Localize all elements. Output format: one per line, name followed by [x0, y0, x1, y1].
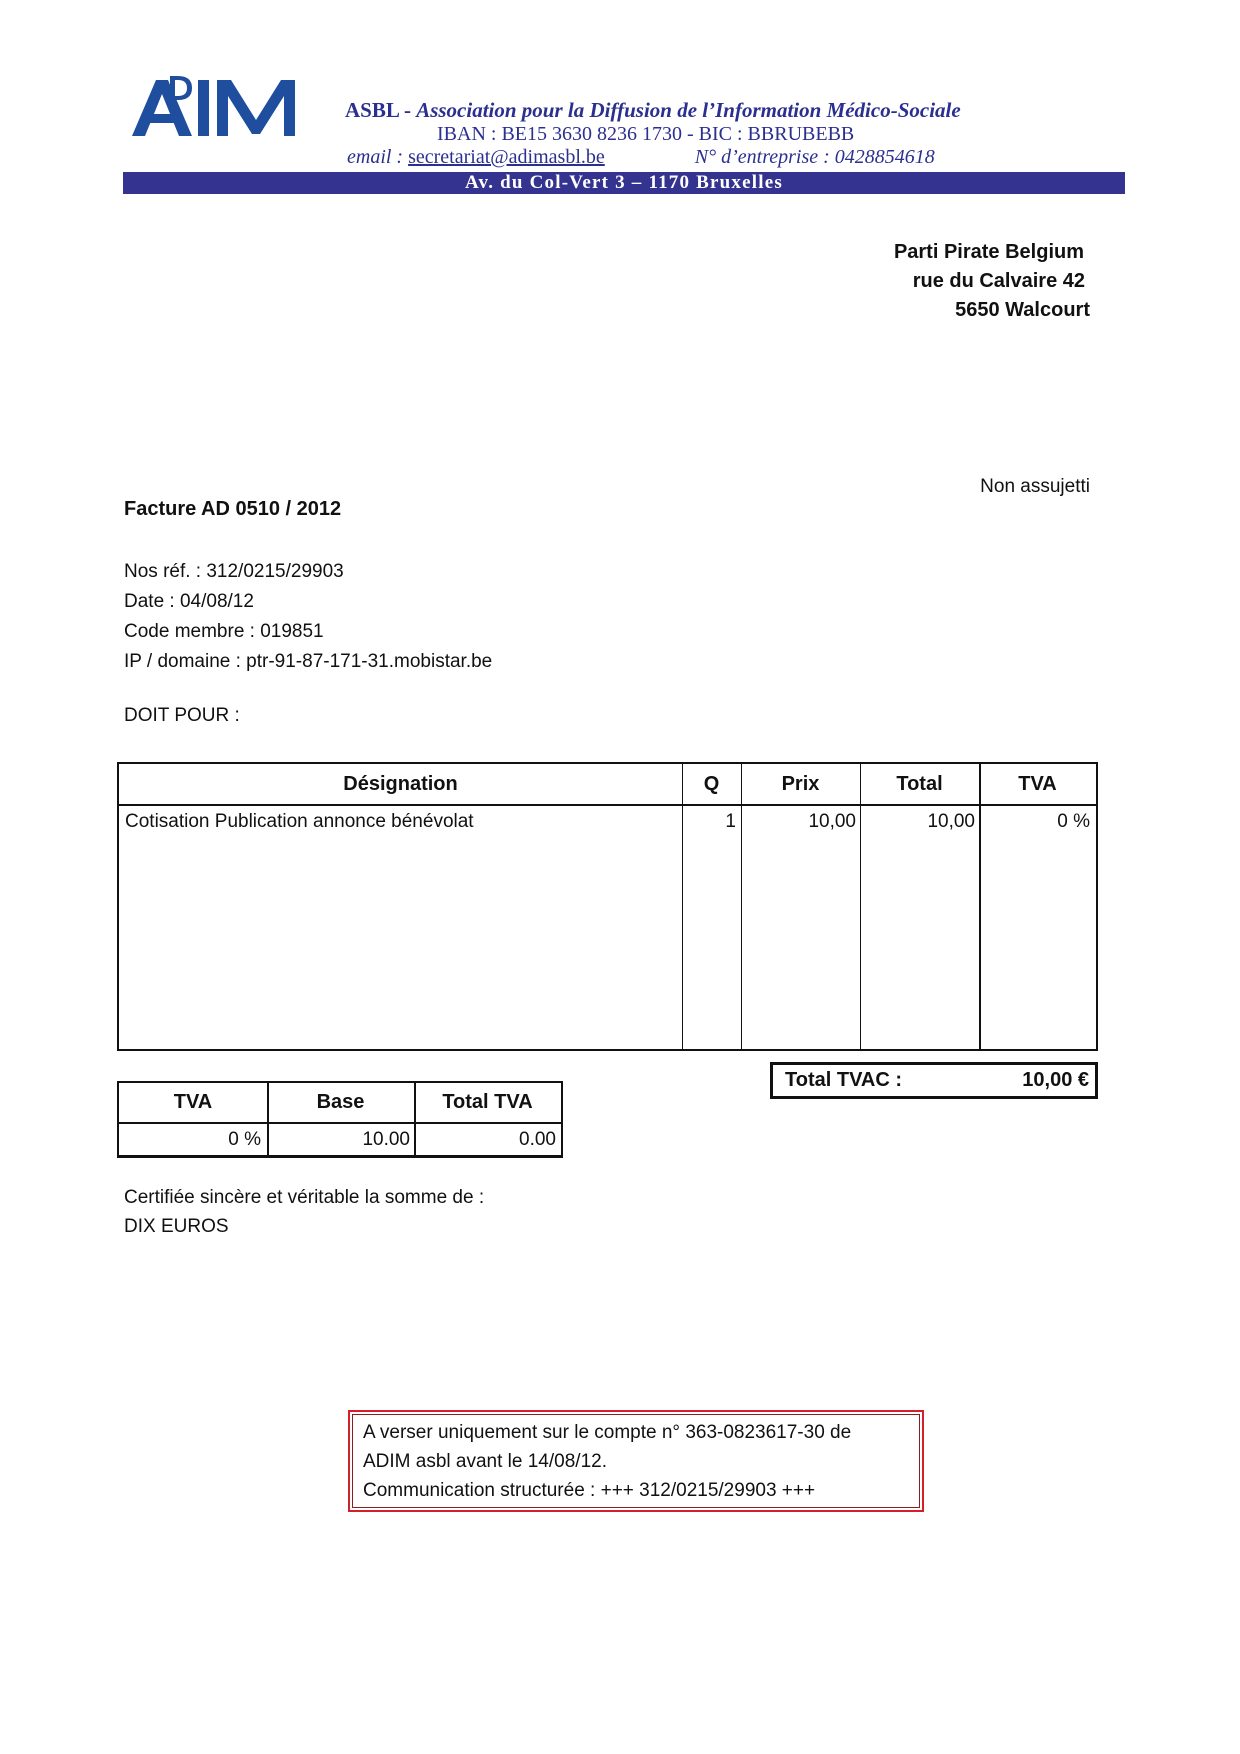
items-table: Désignation Q Prix Total TVA Cotisation … — [117, 762, 1098, 1051]
recipient-street: rue du Calvaire 42 — [894, 267, 1085, 296]
vat-rate-value: 0 % — [119, 1124, 261, 1156]
bank-details: IBAN : BE15 3630 8236 1730 - BIC : BBRUB… — [437, 123, 854, 146]
association-address: Av. du Col-Vert 3 – 1170 Bruxelles — [123, 172, 1125, 194]
adim-logo-icon — [132, 74, 322, 138]
item-quantity: 1 — [682, 806, 736, 838]
doit-pour-label: DOIT POUR : — [124, 705, 240, 727]
association-name: Association pour la Diffusion de l’Infor… — [416, 98, 961, 122]
header-vat-rate: TVA — [119, 1083, 267, 1122]
association-name-line: ASBL - Association pour la Diffusion de … — [345, 98, 961, 123]
recipient-city: 5650 Walcourt — [894, 296, 1090, 325]
item-total: 10,00 — [860, 806, 975, 838]
recipient-address: Parti Pirate Belgium rue du Calvaire 42 … — [894, 238, 1090, 325]
invoice-title: Facture AD 0510 / 2012 — [124, 498, 341, 521]
adim-logo — [132, 74, 322, 138]
certification: Certifiée sincère et véritable la somme … — [124, 1183, 484, 1241]
email-link[interactable]: secretariat@adimasbl.be — [408, 146, 605, 168]
payment-account-line: A verser uniquement sur le compte n° 363… — [363, 1418, 909, 1447]
vat-status: Non assujetti — [980, 476, 1090, 498]
contact-line: email : secretariat@adimasbl.beN° d’entr… — [347, 146, 935, 169]
header-price: Prix — [741, 764, 860, 804]
invoice-date: Date : 04/08/12 — [124, 587, 492, 617]
total-vat-value: 0.00 — [414, 1124, 556, 1156]
invoice-references: Nos réf. : 312/0215/29903 Date : 04/08/1… — [124, 557, 492, 677]
member-code: Code membre : 019851 — [124, 617, 492, 647]
asbl-label: ASBL - — [345, 98, 416, 122]
header-base: Base — [267, 1083, 414, 1122]
structured-communication: Communication structurée : +++ 312/0215/… — [363, 1476, 909, 1505]
email-label: email : — [347, 146, 408, 168]
reference-number: Nos réf. : 312/0215/29903 — [124, 557, 492, 587]
header-vat: TVA — [979, 764, 1096, 804]
total-tvac-box: Total TVAC : 10,00 € — [770, 1062, 1098, 1099]
header-total: Total — [860, 764, 979, 804]
payment-instructions-box: A verser uniquement sur le compte n° 363… — [348, 1410, 924, 1512]
total-tvac-label: Total TVAC : — [785, 1065, 902, 1096]
company-number: N° d’entreprise : 0428854618 — [695, 146, 935, 168]
payment-deadline-line: ADIM asbl avant le 14/08/12. — [363, 1447, 909, 1476]
vat-summary-table: TVA Base Total TVA 0 % 10.00 0.00 — [117, 1081, 563, 1158]
certification-text: Certifiée sincère et véritable la somme … — [124, 1183, 484, 1212]
total-tvac-value: 10,00 € — [1022, 1065, 1089, 1096]
item-designation: Cotisation Publication annonce bénévolat — [125, 806, 675, 838]
recipient-name: Parti Pirate Belgium — [894, 238, 1084, 267]
item-vat: 0 % — [979, 806, 1090, 838]
base-value: 10.00 — [267, 1124, 410, 1156]
header-quantity: Q — [682, 764, 741, 804]
ip-domain: IP / domaine : ptr-91-87-171-31.mobistar… — [124, 647, 492, 677]
header-designation: Désignation — [119, 764, 682, 804]
amount-in-words: DIX EUROS — [124, 1212, 484, 1241]
header-total-vat: Total TVA — [414, 1083, 561, 1122]
item-price: 10,00 — [741, 806, 856, 838]
payment-instructions: A verser uniquement sur le compte n° 363… — [352, 1414, 920, 1508]
address-band: Av. du Col-Vert 3 – 1170 Bruxelles — [123, 172, 1125, 194]
